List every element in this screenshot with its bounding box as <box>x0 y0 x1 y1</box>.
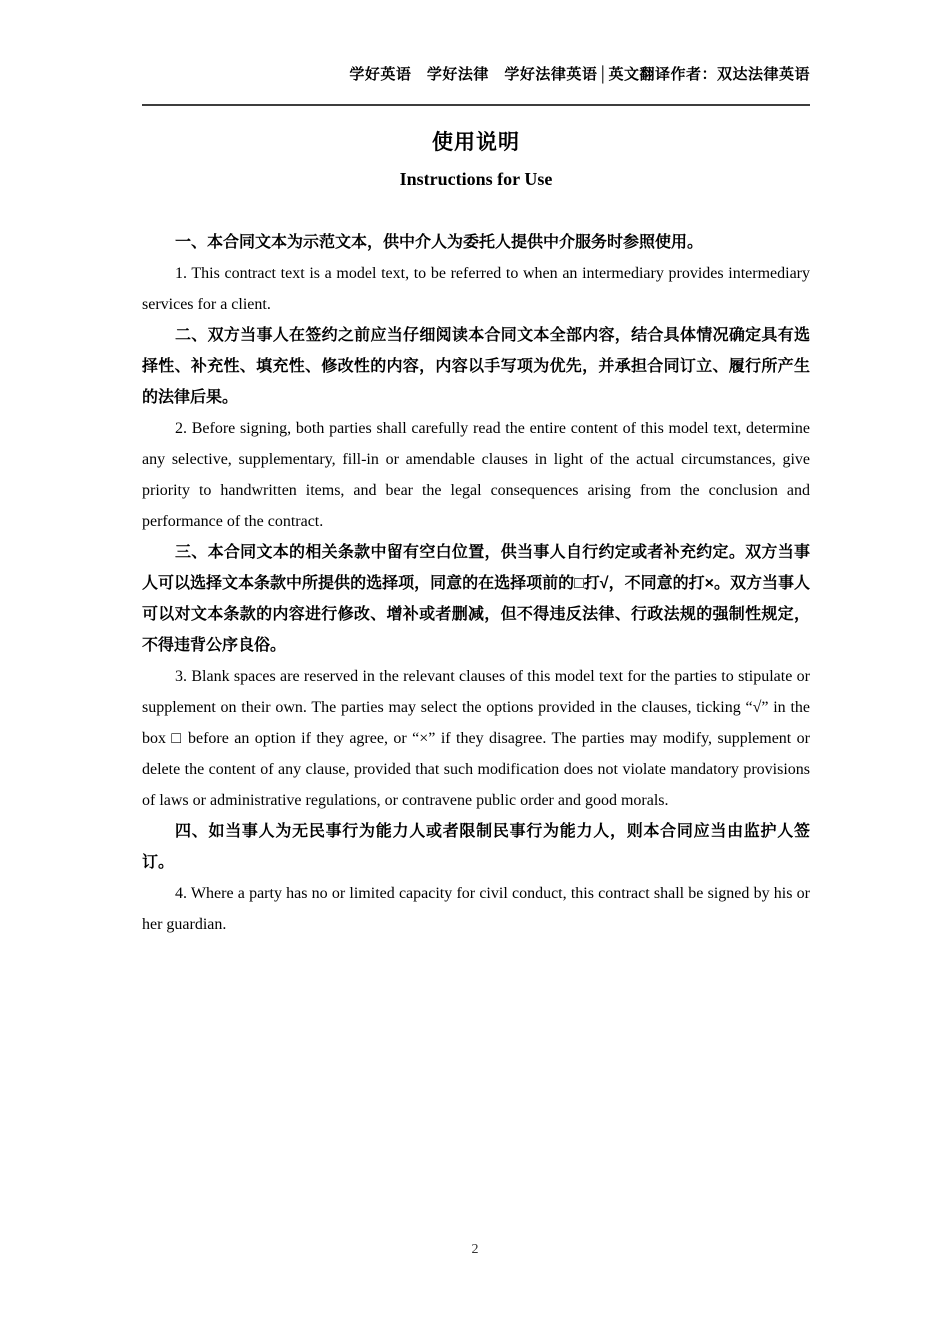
page-number: 2 <box>0 1242 950 1258</box>
paragraph-cn-3: 三、本合同文本的相关条款中留有空白位置，供当事人自行约定或者补充约定。双方当事人… <box>142 537 810 661</box>
header-divider <box>142 104 810 106</box>
document-title-english: Instructions for Use <box>142 169 810 190</box>
paragraph-cn-1: 一、本合同文本为示范文本，供中介人为委托人提供中介服务时参照使用。 <box>142 227 810 258</box>
paragraph-cn-4: 四、如当事人为无民事行为能力人或者限制民事行为能力人，则本合同应当由监护人签订。 <box>142 816 810 878</box>
document-body: 一、本合同文本为示范文本，供中介人为委托人提供中介服务时参照使用。 1. Thi… <box>142 227 810 940</box>
paragraph-en-3: 3. Blank spaces are reserved in the rele… <box>142 661 810 816</box>
page-header: 学好英语 学好法律 学好法律英语│英文翻译作者：双达法律英语 <box>142 63 810 84</box>
document-page: 学好英语 学好法律 学好法律英语│英文翻译作者：双达法律英语 使用说明 Inst… <box>0 0 950 1344</box>
paragraph-en-2: 2. Before signing, both parties shall ca… <box>142 413 810 537</box>
paragraph-en-4: 4. Where a party has no or limited capac… <box>142 878 810 940</box>
paragraph-en-1: 1. This contract text is a model text, t… <box>142 258 810 320</box>
document-title-chinese: 使用说明 <box>142 126 810 156</box>
paragraph-cn-2: 二、双方当事人在签约之前应当仔细阅读本合同文本全部内容，结合具体情况确定具有选择… <box>142 320 810 413</box>
